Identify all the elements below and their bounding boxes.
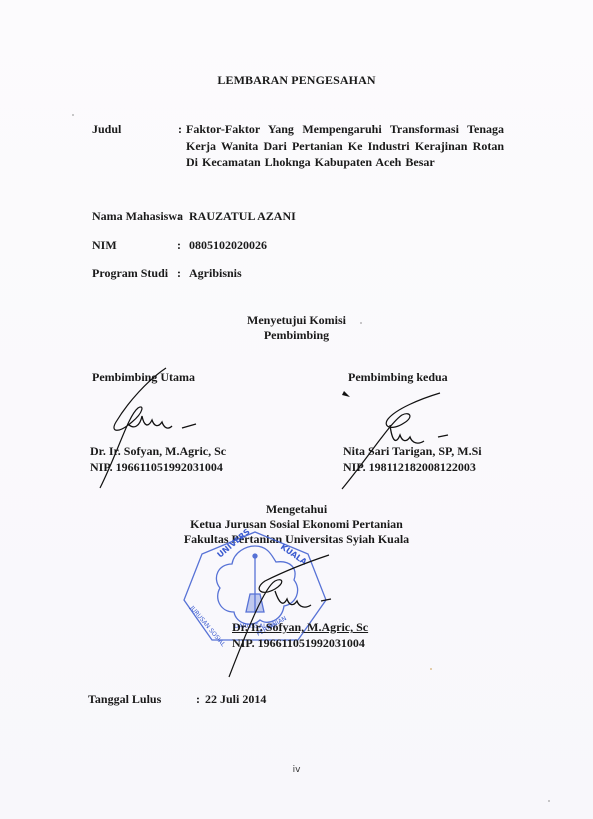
supervisor-2-name: Nita Sari Tarigan, SP, M.Si xyxy=(343,443,482,459)
approval-line-1: Menyetujui Komisi xyxy=(0,313,593,328)
nama-value: RAUZATUL AZANI xyxy=(189,209,296,224)
supervisor-2-role: Pembimbing kedua xyxy=(348,370,448,385)
nama-label: Nama Mahasiswa xyxy=(92,209,183,224)
nim-label: NIM xyxy=(92,238,117,253)
nim-value: 0805102020026 xyxy=(189,238,267,253)
supervisor-1-name: Dr. Ir. Sofyan, M.Agric, Sc xyxy=(90,443,226,459)
graduation-value: 22 Juli 2014 xyxy=(205,692,266,707)
head-of-department-signature xyxy=(225,545,355,685)
supervisor-1-block: Dr. Ir. Sofyan, M.Agric, Sc NIP. 1966110… xyxy=(90,443,226,475)
judul-value: Faktor-Faktor Yang Mempengaruhi Transfor… xyxy=(186,121,504,171)
supervisor-2-signature xyxy=(330,385,490,495)
graduation-label: Tanggal Lulus xyxy=(88,692,161,707)
page-title: LEMBARAN PENGESAHAN xyxy=(0,73,593,88)
prodi-label: Program Studi xyxy=(92,266,168,281)
scan-speck xyxy=(360,322,362,324)
supervisor-2-block: Nita Sari Tarigan, SP, M.Si NIP. 1981121… xyxy=(343,443,482,475)
approval-line-2: Pembimbing xyxy=(0,328,593,343)
judul-colon: : xyxy=(178,122,182,137)
head-of-department-block: Dr. Ir. Sofyan, M.Agric, Sc NIP. 1966110… xyxy=(232,619,368,651)
scan-speck xyxy=(430,668,432,670)
judul-label: Judul xyxy=(92,122,121,137)
nim-colon: : xyxy=(177,238,181,253)
document-page: LEMBARAN PENGESAHAN Judul : Faktor-Fakto… xyxy=(0,0,593,819)
svg-text:JURUSAN SOSIAL: JURUSAN SOSIAL xyxy=(188,604,227,648)
scan-speck xyxy=(548,800,550,802)
prodi-colon: : xyxy=(177,266,181,281)
head-of-department-name: Dr. Ir. Sofyan, M.Agric, Sc xyxy=(232,619,368,635)
acknowledgement-line-1: Mengetahui xyxy=(0,502,593,517)
graduation-colon: : xyxy=(196,692,200,707)
supervisor-2-nip: NIP. 198112182008122003 xyxy=(343,459,482,475)
scan-speck xyxy=(72,114,74,116)
supervisor-1-nip: NIP. 196611051992031004 xyxy=(90,459,226,475)
page-number: iv xyxy=(0,765,593,775)
prodi-value: Agribisnis xyxy=(189,266,242,281)
head-of-department-nip: NIP. 196611051992031004 xyxy=(232,635,368,651)
approval-heading: Menyetujui Komisi Pembimbing xyxy=(0,313,593,343)
nama-colon: : xyxy=(177,209,181,224)
